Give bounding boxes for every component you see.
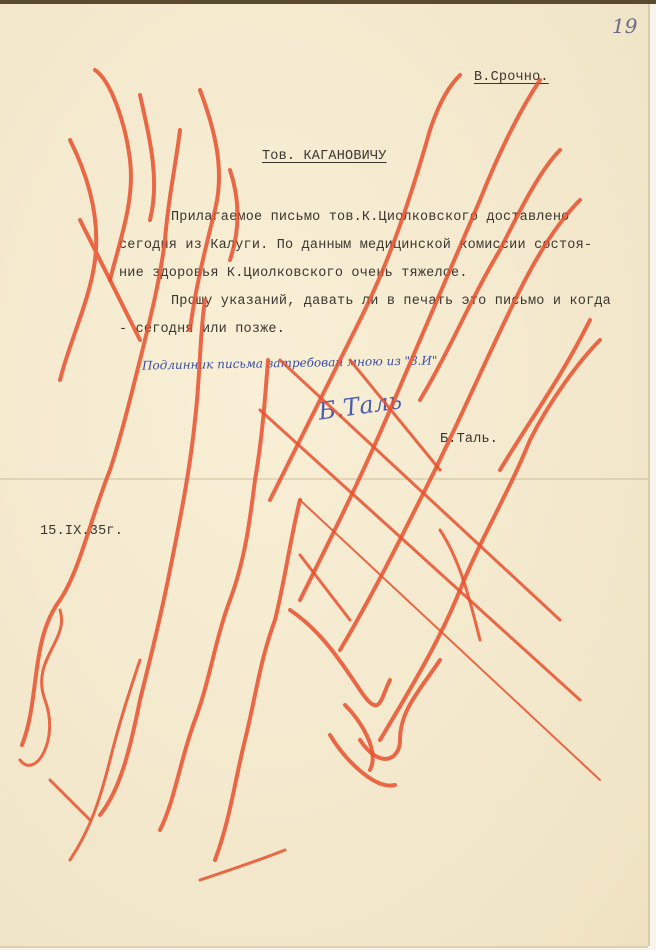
document-date: 15.IX.35г.: [40, 524, 123, 539]
typed-signature: Б.Таль.: [440, 432, 498, 447]
document-page: [0, 4, 648, 946]
urgency-mark: В.Срочно.: [474, 70, 549, 85]
archive-page-number: 19: [612, 14, 637, 38]
body-line: - сегодня или позже.: [119, 322, 285, 337]
addressee: Тов. КАГАНОВИЧУ: [262, 149, 387, 164]
body-line: Прилагаемое письмо тов.К.Циолковского до…: [171, 210, 569, 225]
body-line: Прошу указаний, давать ли в печать это п…: [171, 294, 611, 309]
body-line: сегодня из Калуги. По данным медицинской…: [119, 238, 592, 253]
paper-fold-line: [0, 478, 648, 480]
body-line: ние здоровья К.Циолковского очень тяжело…: [119, 266, 468, 281]
